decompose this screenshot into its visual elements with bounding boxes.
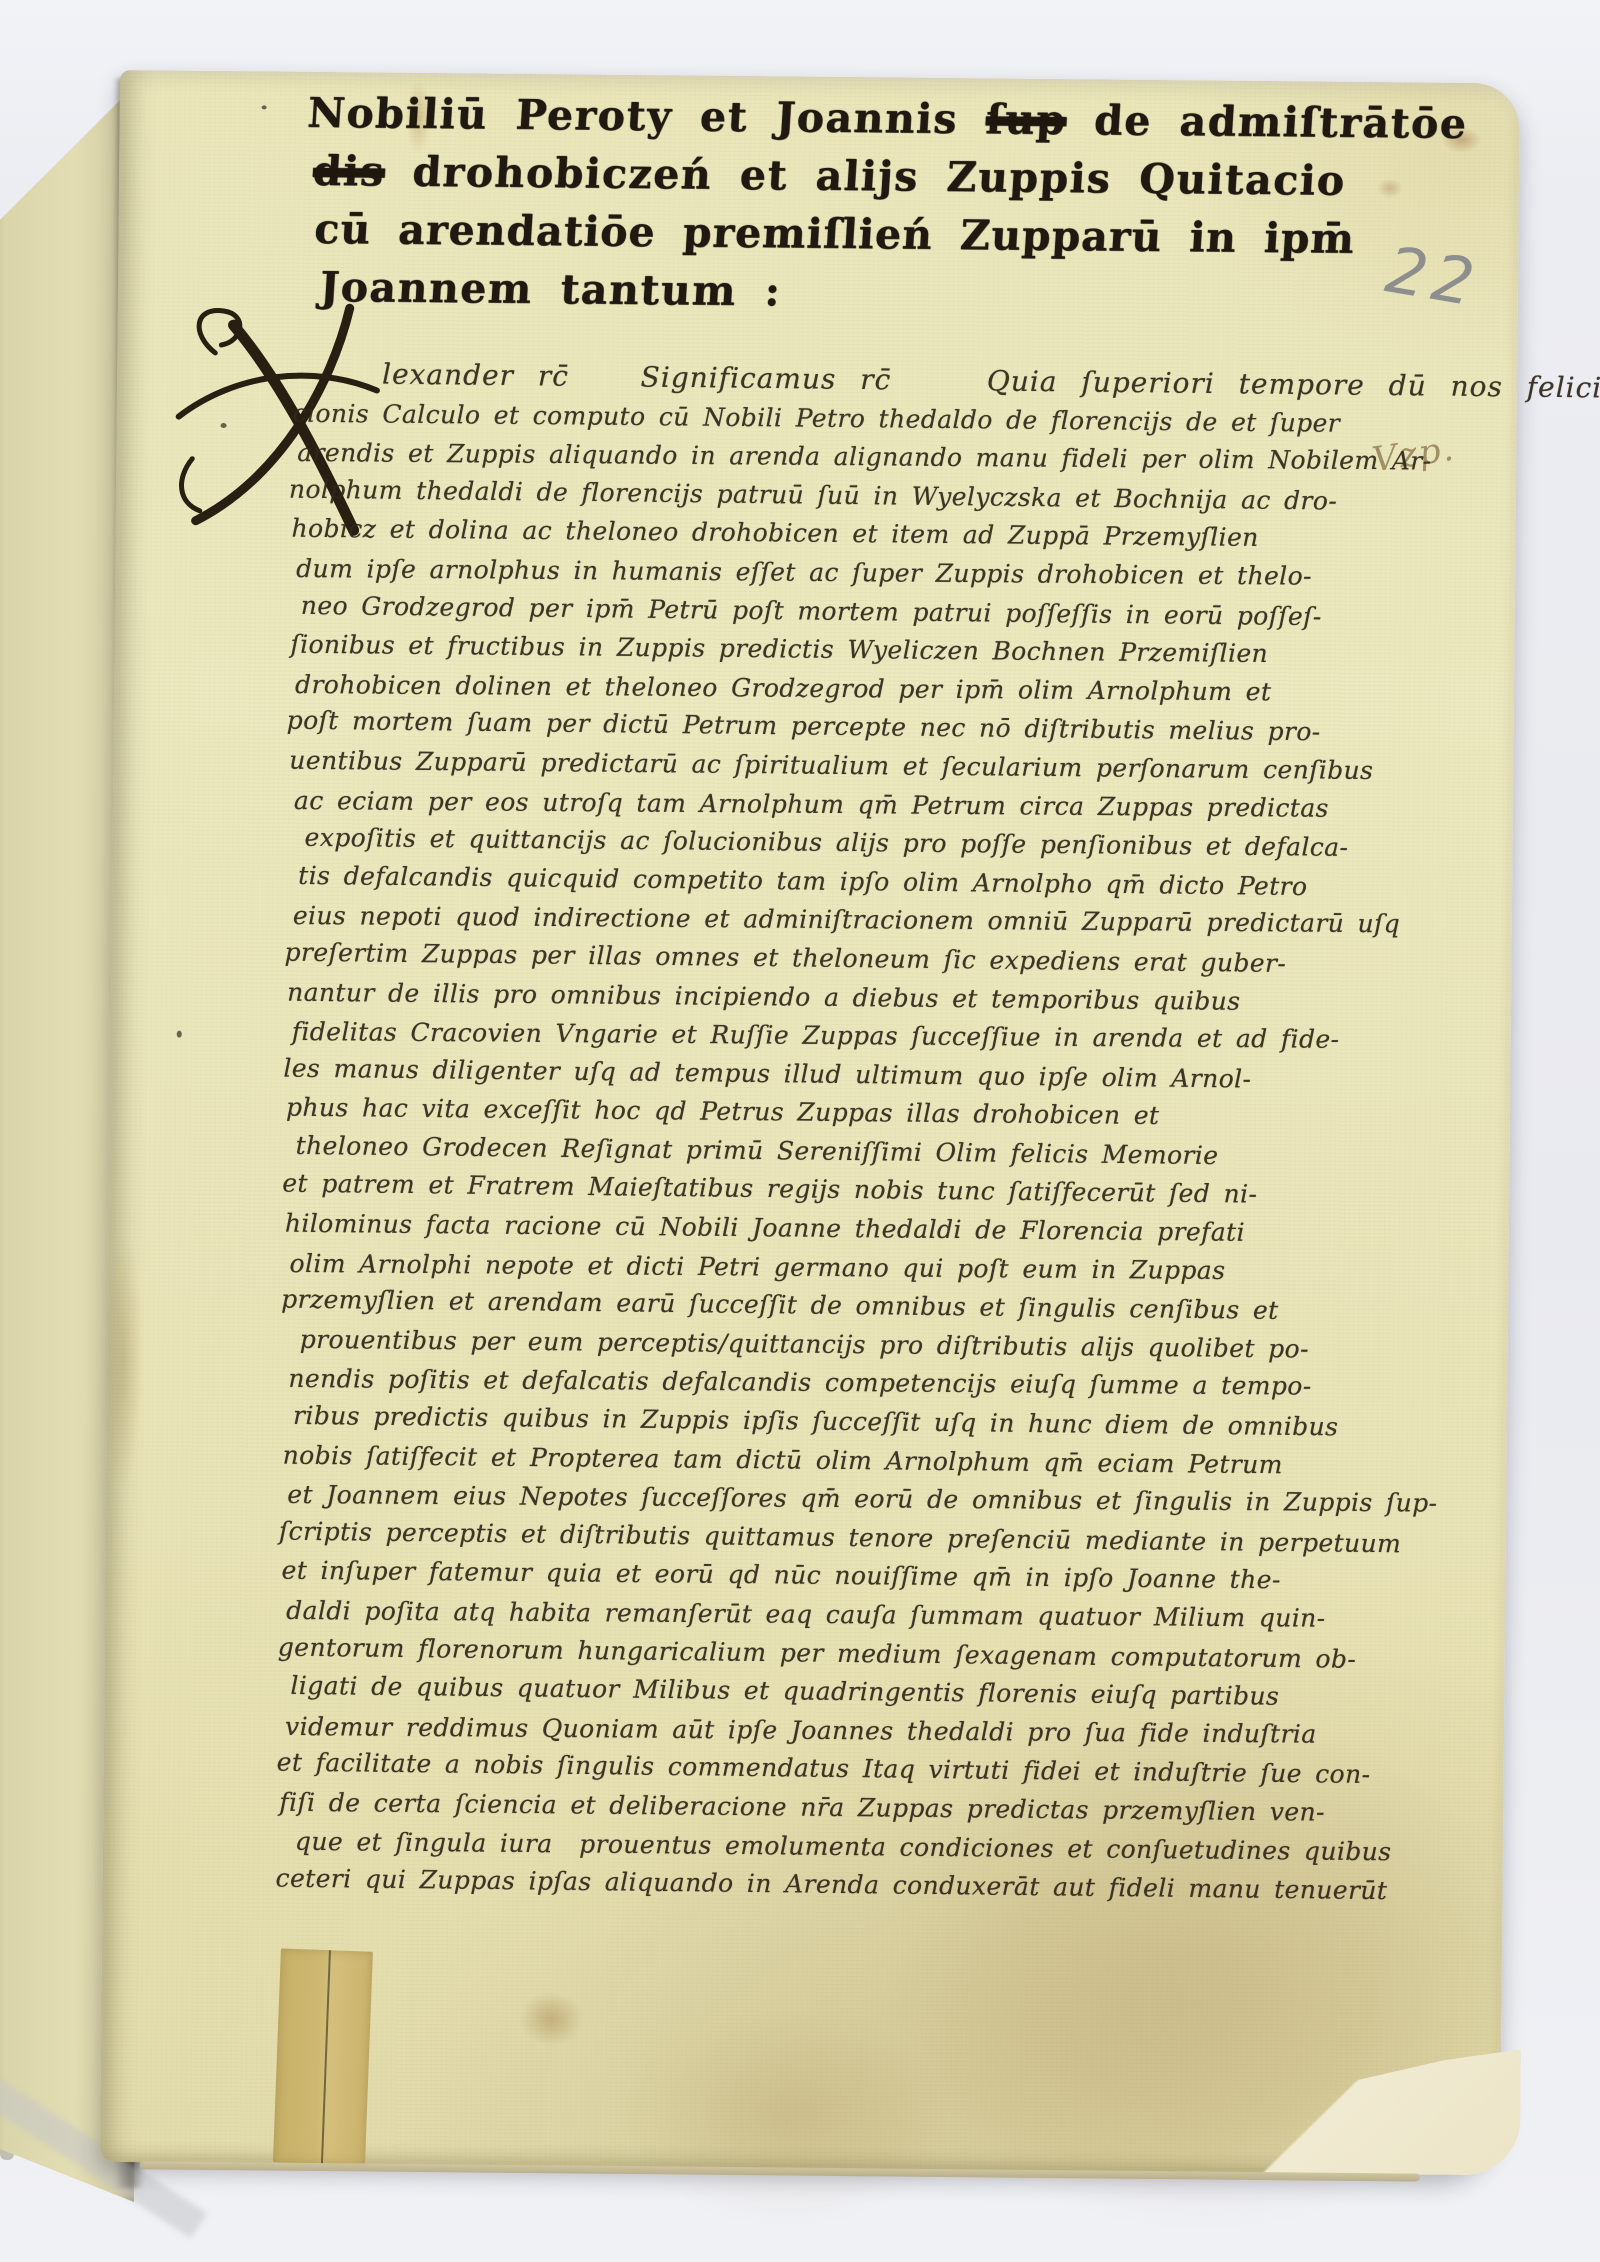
ink-speck bbox=[177, 1031, 182, 1038]
worn-corner bbox=[1228, 2033, 1521, 2176]
small-stain-spot bbox=[519, 1992, 584, 2047]
heading-block: Nobiliū Peroty et Joannis ſup de admiſtr… bbox=[306, 84, 1538, 328]
heading-text: de admiſtrātōe bbox=[1065, 96, 1469, 148]
repair-tape bbox=[273, 1948, 373, 2165]
heading-text: Nobiliū Peroty et Joannis bbox=[306, 89, 987, 143]
water-stain-bottom-center bbox=[619, 2005, 951, 2228]
pencil-folio-number: 22 bbox=[1381, 233, 1485, 321]
struck-word: dis bbox=[312, 147, 387, 196]
gutter-stain bbox=[102, 1230, 144, 1490]
photo-background: Nobiliū Peroty et Joannis ſup de admiſtr… bbox=[0, 0, 1600, 2262]
struck-word: ſup bbox=[984, 95, 1068, 144]
heading-line: Joannem tantum : bbox=[318, 258, 1538, 328]
tape-crease bbox=[321, 1950, 331, 2164]
leaf-stack-edge bbox=[140, 2161, 1420, 2181]
manuscript-page: Nobiliū Peroty et Joannis ſup de admiſtr… bbox=[100, 70, 1520, 2175]
body-text: lexander rc̄ Significamus rc̄ Quia ſuper… bbox=[278, 356, 1493, 1911]
ink-speck bbox=[262, 105, 267, 109]
heading-text: drohobiczeń et alijs Zuppis Quitacio bbox=[383, 148, 1347, 205]
heading-text: cū arendatiōe premiſlień Zupparū in ipm̄ bbox=[313, 205, 1356, 263]
